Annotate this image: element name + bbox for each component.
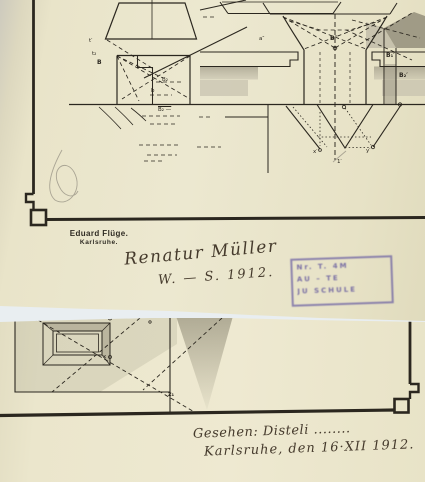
- dotted-projection-lines: [293, 107, 372, 148]
- point-label: z₁: [168, 392, 174, 398]
- ink-lines: [26, 0, 425, 225]
- point-label: B₂′: [399, 73, 408, 79]
- bottom-paper-fragment: z′ s′ x z₁ Gesehen: Disteli ........ Kar…: [0, 314, 425, 482]
- point-label: B₂: [162, 77, 168, 83]
- ink-stamp: Nr. T. 4M AU – TE JU SCHULE: [290, 255, 394, 307]
- point-label: x′: [313, 149, 318, 155]
- point-label: B₂ —: [158, 107, 171, 113]
- point-label: z′: [34, 317, 38, 323]
- shading-regions-bottom: [15, 316, 233, 410]
- pencil-scribble: [50, 150, 346, 202]
- point-label: B: [97, 60, 102, 66]
- printed-maker-name: Eduard Flüge. Karlsruhe.: [62, 229, 136, 246]
- stamp-line: Nr. T. 4M: [296, 260, 386, 271]
- point-label: x: [103, 354, 106, 360]
- point-label: 1′: [337, 159, 342, 165]
- stamp-line: JU SCHULE: [297, 284, 387, 295]
- maker-city-text: Karlsruhe.: [62, 239, 136, 246]
- point-label: b: [151, 88, 155, 94]
- point-label: t′: [89, 38, 92, 44]
- point-label: s′: [105, 315, 109, 321]
- point-label: y′: [366, 148, 371, 154]
- point-label: t₂: [92, 51, 96, 57]
- scanned-drawing-sheet: t′ t₂ B B₂ b B₂ — a″ B″ B₁′ B₂′ x′ y′ 1′…: [0, 0, 425, 482]
- stamp-line: AU – TE: [297, 272, 387, 283]
- point-label: a″: [259, 36, 264, 42]
- point-label: B₁′: [386, 53, 395, 59]
- top-paper-fragment: t′ t₂ B B₂ b B₂ — a″ B″ B₁′ B₂′ x′ y′ 1′…: [0, 0, 425, 322]
- maker-name-text: Eduard Flüge.: [62, 229, 136, 238]
- point-label: B″: [330, 36, 337, 42]
